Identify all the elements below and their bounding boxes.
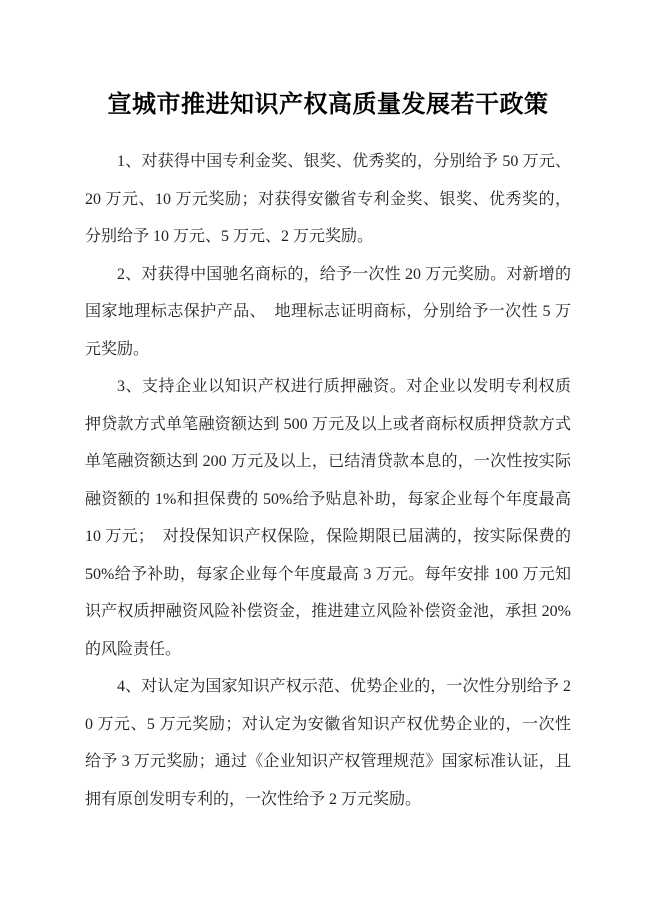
policy-paragraph-2: 2、对获得中国驰名商标的，给予一次性 20 万元奖励。对新增的国家地理标志保护产… [85, 256, 571, 369]
policy-paragraph-1: 1、对获得中国专利金奖、银奖、优秀奖的，分别给予 50 万元、20 万元、10 … [85, 143, 571, 256]
document-page: 宣城市推进知识产权高质量发展若干政策 1、对获得中国专利金奖、银奖、优秀奖的，分… [0, 0, 650, 919]
document-body: 1、对获得中国专利金奖、银奖、优秀奖的，分别给予 50 万元、20 万元、10 … [0, 143, 650, 818]
document-title: 宣城市推进知识产权高质量发展若干政策 [85, 85, 571, 125]
policy-paragraph-3: 3、支持企业以知识产权进行质押融资。对企业以发明专利权质押贷款方式单笔融资额达到… [85, 368, 571, 668]
policy-paragraph-4: 4、对认定为国家知识产权示范、优势企业的，一次性分别给予 20 万元、5 万元奖… [85, 668, 571, 818]
